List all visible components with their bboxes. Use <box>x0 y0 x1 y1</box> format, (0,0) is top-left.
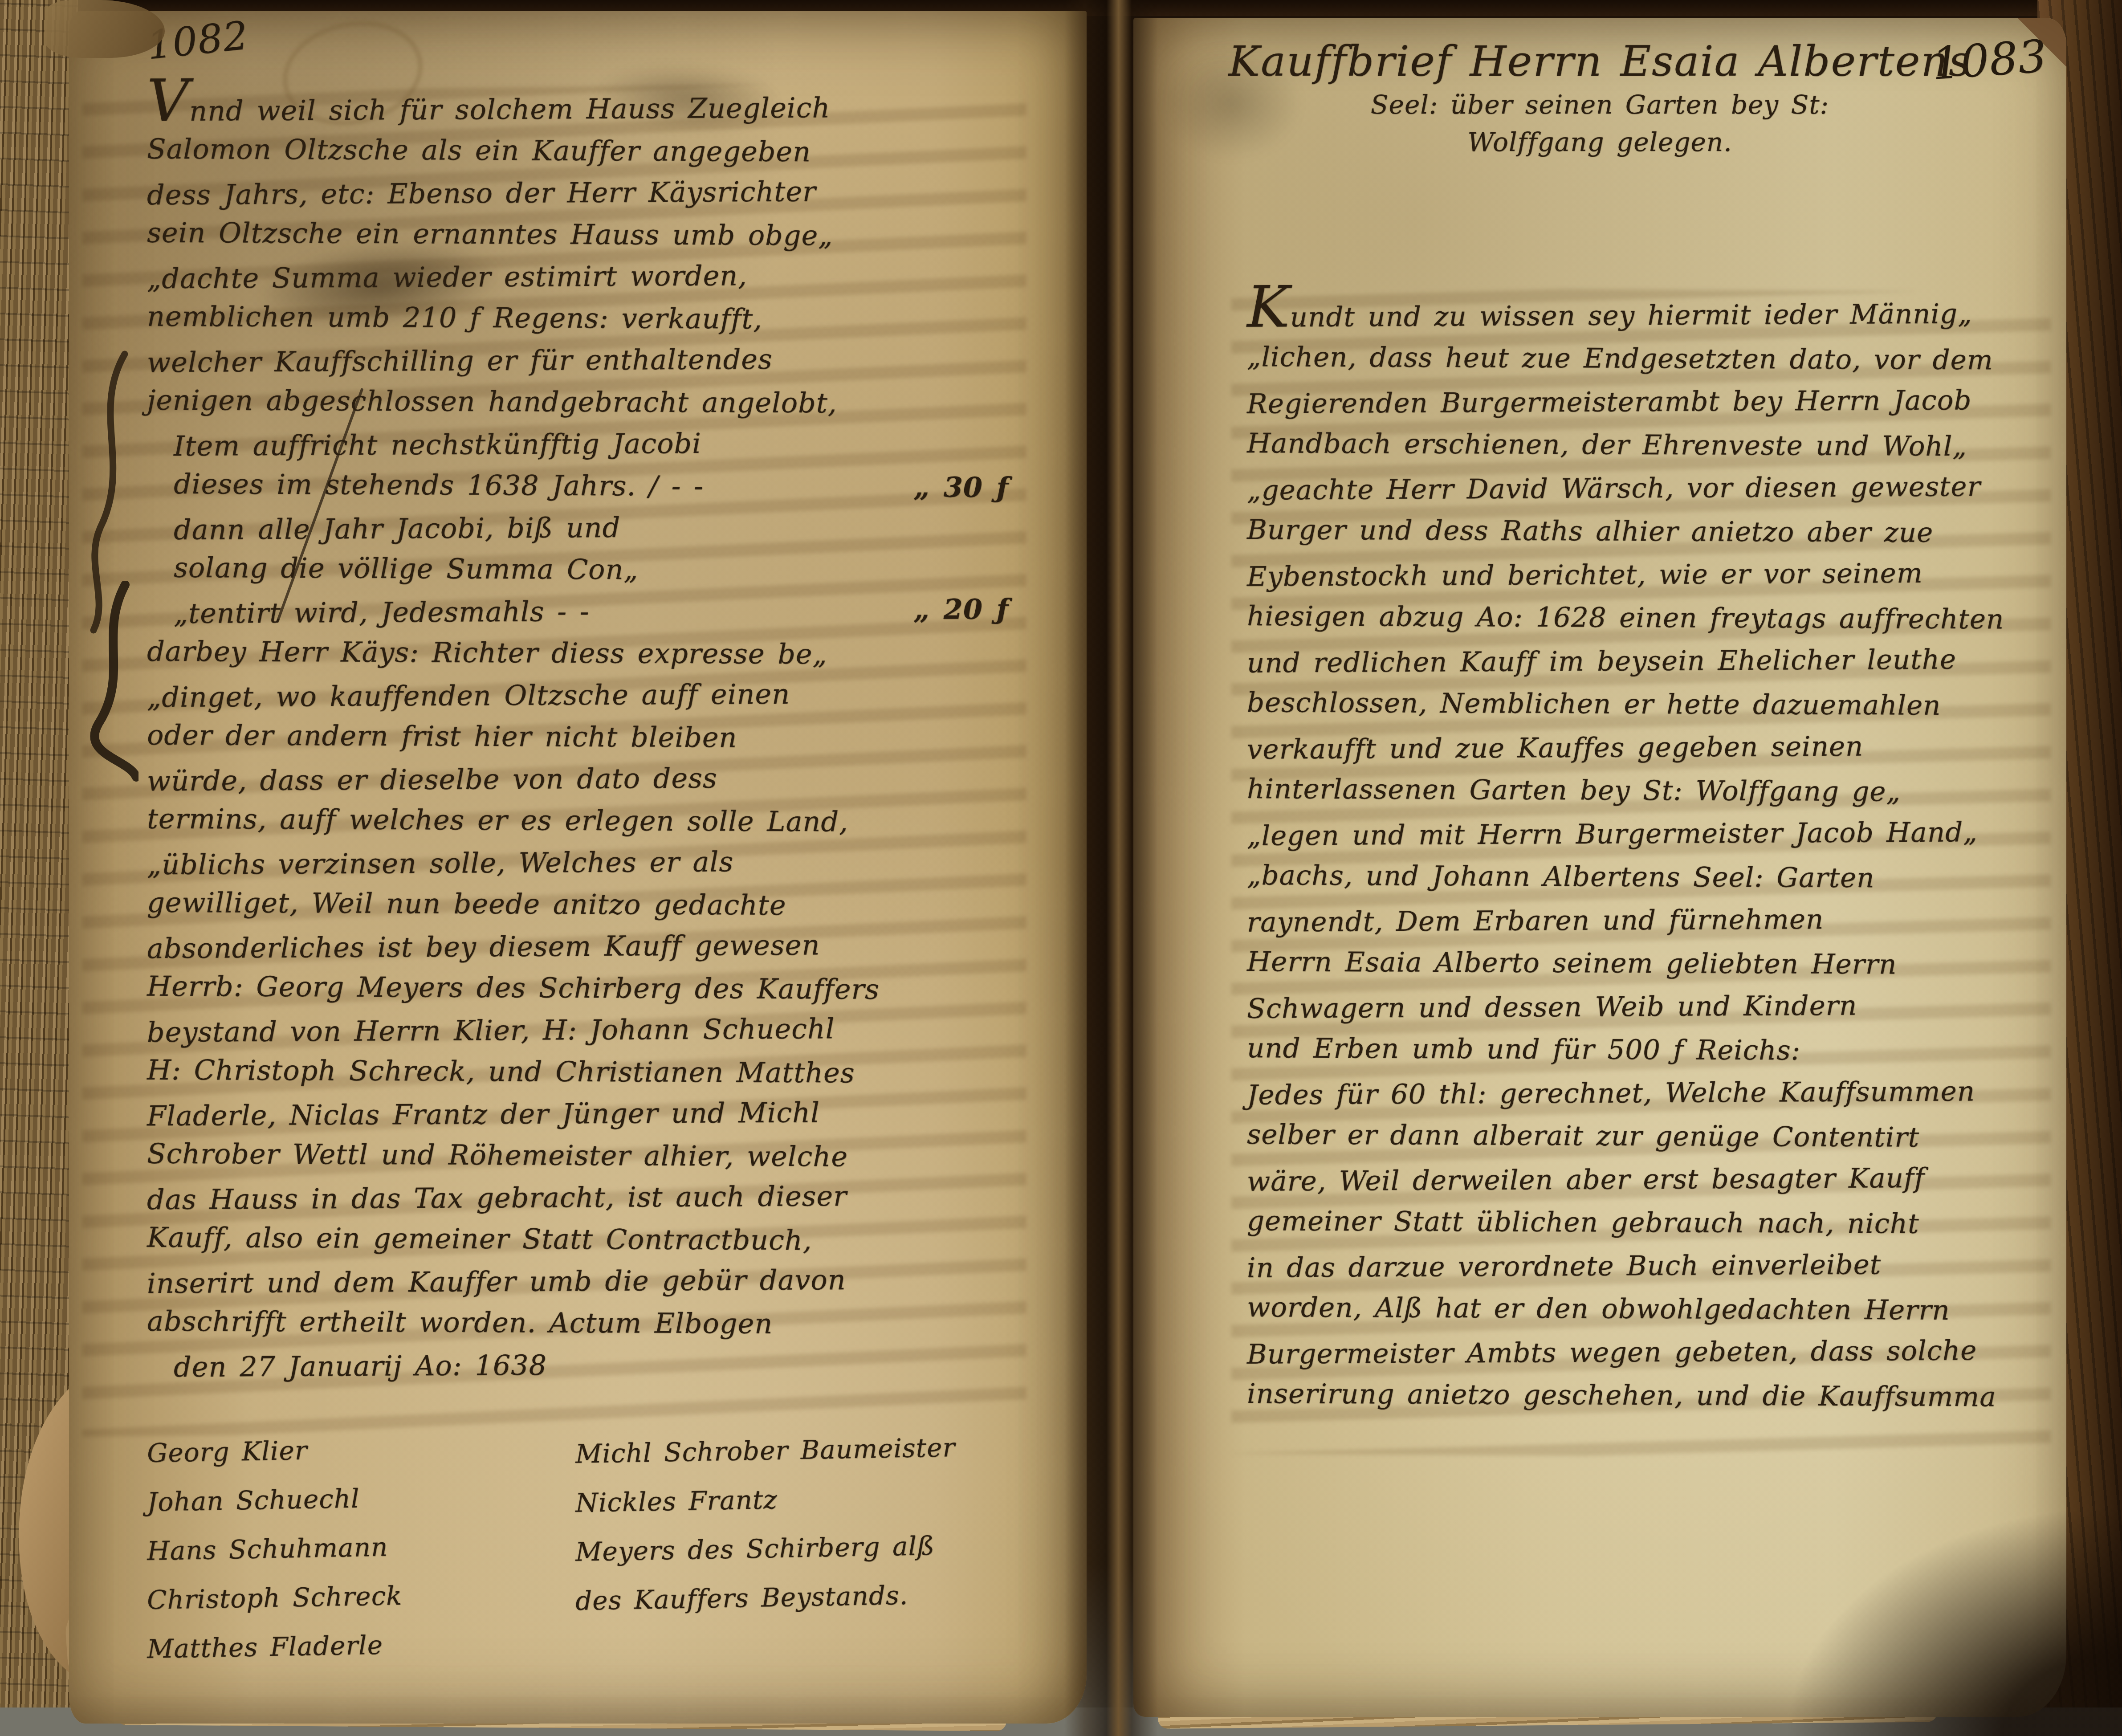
signature: Georg Klier <box>147 1422 549 1478</box>
heading-title-line: Kauffbrief Herrn Esaia Albertens <box>1133 37 2066 86</box>
manuscript-line: Jedes für 60 thl: gerechnet, Welche Kauf… <box>1247 1069 2055 1117</box>
signature-column-left: Georg Klier Johan Schuechl Hans Schuhman… <box>147 1425 549 1670</box>
signature: Meyers des Schirberg alß <box>575 1519 1078 1577</box>
manuscript-line: Schwagern und dessen Weib und Kindern <box>1247 983 2055 1031</box>
heading-subtitle-line: Seel: über seinen Garten bey St: <box>1133 86 2066 123</box>
manuscript-line: absonderliches ist bey diesem Kauff gewe… <box>147 923 1035 970</box>
document-heading: Kauffbrief Herrn Esaia Albertens Seel: ü… <box>1133 37 2066 161</box>
signature: Matthes Fladerle <box>147 1618 549 1674</box>
manuscript-line: „dachte Summa wieder estimirt worden, <box>147 253 1035 300</box>
manuscript-line: dann alle Jahr Jacobi, biß und <box>174 505 1035 551</box>
manuscript-line: beschlossen, Nemblichen er hette dazuema… <box>1247 681 2055 728</box>
manuscript-line: „geachte Herr David Wärsch, vor diesen g… <box>1247 465 2055 512</box>
shadow-corner <box>1784 1504 2122 1736</box>
right-page-text: Kundt und zu wissen sey hiermit ieder Mä… <box>1247 285 2055 1417</box>
manuscript-line: inserirt und dem Kauffer umb die gebür d… <box>147 1258 1035 1304</box>
manuscript-line: „bachs, und Johann Albertens Seel: Garte… <box>1247 854 2055 901</box>
manuscript-line: das Hauss in das Tax gebracht, ist auch … <box>147 1174 1035 1221</box>
left-page: 1082 Vnnd weil sich für solchem Hauss Zu… <box>69 11 1087 1724</box>
manuscript-line: hiesigen abzug Ao: 1628 einen freytags a… <box>1247 595 2055 641</box>
signature-column-right: Michl Schrober Baumeister Nickles Frantz… <box>575 1425 1078 1670</box>
manuscript-line: Fladerle, Niclas Frantz der Jünger und M… <box>147 1091 1035 1137</box>
manuscript-line: darbey Herr Käys: Richter diess expresse… <box>147 631 1035 676</box>
manuscript-line: Regierenden Burgermeisterambt bey Herrn … <box>1247 378 2055 426</box>
manuscript-date-line: den 27 Januarij Ao: 1638 <box>174 1342 1035 1388</box>
manuscript-line: solang die völlige Summa Con„ <box>174 547 1035 592</box>
manuscript-line: sein Oltzsche ein ernanntes Hauss umb ob… <box>147 212 1035 258</box>
signature: Johan Schuechl <box>147 1471 549 1527</box>
manuscript-line: Burger und dess Raths alhier anietzo abe… <box>1247 508 2055 555</box>
manuscript-line: Herrn Esaia Alberto seinem geliebten Her… <box>1247 940 2055 987</box>
heading-subtitle-line: Wolffgang gelegen. <box>1133 123 2066 161</box>
manuscript-line: Burgermeister Ambts wegen gebeten, dass … <box>1247 1328 2055 1376</box>
right-page: 1083 Kauffbrief Herrn Esaia Albertens Se… <box>1133 18 2066 1717</box>
manuscript-line: verkaufft und zue Kauffes gegeben seinen <box>1247 724 2055 771</box>
manuscript-line: „legen und mit Herrn Burgermeister Jacob… <box>1247 810 2055 858</box>
manuscript-line: nemblichen umb 210 ƒ Regens: verkaufft, <box>147 296 1035 342</box>
signature: Hans Schuhmann <box>147 1520 549 1576</box>
manuscript-line-text: dieses im stehends 1638 Jahrs. / - - <box>174 463 704 507</box>
manuscript-line: gemeiner Statt üblichen gebrauch nach, n… <box>1247 1199 2055 1246</box>
manuscript-line: selber er dann alberait zur genüge Conte… <box>1247 1113 2055 1160</box>
manuscript-line: „dinget, wo kauffenden Oltzsche auff ein… <box>147 672 1035 718</box>
manuscript-line: „lichen, dass heut zue Endgesetzten dato… <box>1247 335 2055 382</box>
manuscript-line: jenigen abgeschlossen handgebracht angel… <box>147 379 1035 425</box>
manuscript-line: gewilliget, Weil nun beede anitzo gedach… <box>147 882 1035 928</box>
manuscript-line: hinterlassenen Garten bey St: Wolffgang … <box>1247 767 2055 814</box>
manuscript-line: Eybenstockh und berichtet, wie er vor se… <box>1247 551 2055 599</box>
manuscript-line: und redlichen Kauff im beysein Ehelicher… <box>1247 637 2055 685</box>
manuscript-line: Kundt und zu wissen sey hiermit ieder Mä… <box>1247 283 2056 339</box>
signature: Christoph Schreck <box>147 1569 549 1625</box>
pen-flourish <box>72 581 138 786</box>
signature: Michl Schrober Baumeister <box>575 1421 1078 1479</box>
left-page-text: Vnnd weil sich für solchem Hauss Zueglei… <box>147 78 1035 1386</box>
manuscript-line: Salomon Oltzsche als ein Kauffer angegeb… <box>147 128 1035 174</box>
manuscript-line: Item auffricht nechstkünfftig Jacobi <box>174 421 1035 467</box>
manuscript-photo: 1082 Vnnd weil sich für solchem Hauss Zu… <box>0 0 2122 1736</box>
signature: des Kauffers Beystands. <box>575 1568 1078 1626</box>
manuscript-line: „üblichs verzinsen solle, Welches er als <box>147 839 1035 886</box>
manuscript-line: oder der andern frist hier nicht bleiben <box>147 714 1035 760</box>
signature-block: Georg Klier Johan Schuechl Hans Schuhman… <box>147 1425 1078 1670</box>
manuscript-line: H: Christoph Schreck, und Christianen Ma… <box>147 1049 1035 1095</box>
manuscript-line: Kauff, also ein gemeiner Statt Contractb… <box>147 1217 1035 1263</box>
manuscript-line: wäre, Weil derweilen aber erst besagter … <box>1247 1156 2055 1203</box>
manuscript-line: inserirung anietzo geschehen, und die Ka… <box>1247 1372 2055 1419</box>
manuscript-line-with-amount: „tentirt wird, Jedesmahls - - „ 20 ƒ <box>174 588 1009 635</box>
manuscript-line: worden, Alß hat er den obwohlgedachten H… <box>1247 1286 2055 1333</box>
manuscript-line: in das darzue verordnete Buch einverleib… <box>1247 1242 2055 1290</box>
manuscript-line-with-amount: dieses im stehends 1638 Jahrs. / - - „ 3… <box>174 463 1009 509</box>
manuscript-line-text: „tentirt wird, Jedesmahls - - <box>174 591 590 635</box>
signature: Nickles Frantz <box>575 1470 1078 1528</box>
manuscript-line: raynendt, Dem Erbaren und fürnehmen <box>1247 897 2055 944</box>
manuscript-line: Schrober Wettl und Röhemeister alhier, w… <box>147 1133 1035 1179</box>
payment-amount-yearly: „ 20 ƒ <box>913 588 1009 631</box>
manuscript-line: abschrifft ertheilt worden. Actum Elboge… <box>147 1300 1035 1346</box>
manuscript-line: Vnnd weil sich für solchem Hauss Zueglei… <box>147 76 1036 132</box>
manuscript-line: dess Jahrs, etc: Ebenso der Herr Käysric… <box>147 170 1035 216</box>
manuscript-line: Handbach erschienen, der Ehrenveste und … <box>1247 422 2055 469</box>
manuscript-line: welcher Kauffschilling er für enthaltend… <box>147 337 1035 383</box>
manuscript-line: würde, dass er dieselbe von dato dess <box>147 756 1035 802</box>
manuscript-line: beystand von Herrn Klier, H: Johann Schu… <box>147 1007 1035 1053</box>
manuscript-line: termins, auff welches er es erlegen soll… <box>147 798 1035 844</box>
payment-amount-first: „ 30 ƒ <box>913 466 1009 509</box>
manuscript-line: Herrb: Georg Meyers des Schirberg des Ka… <box>147 966 1035 1011</box>
manuscript-line: und Erben umb und für 500 ƒ Reichs: <box>1247 1027 2055 1073</box>
